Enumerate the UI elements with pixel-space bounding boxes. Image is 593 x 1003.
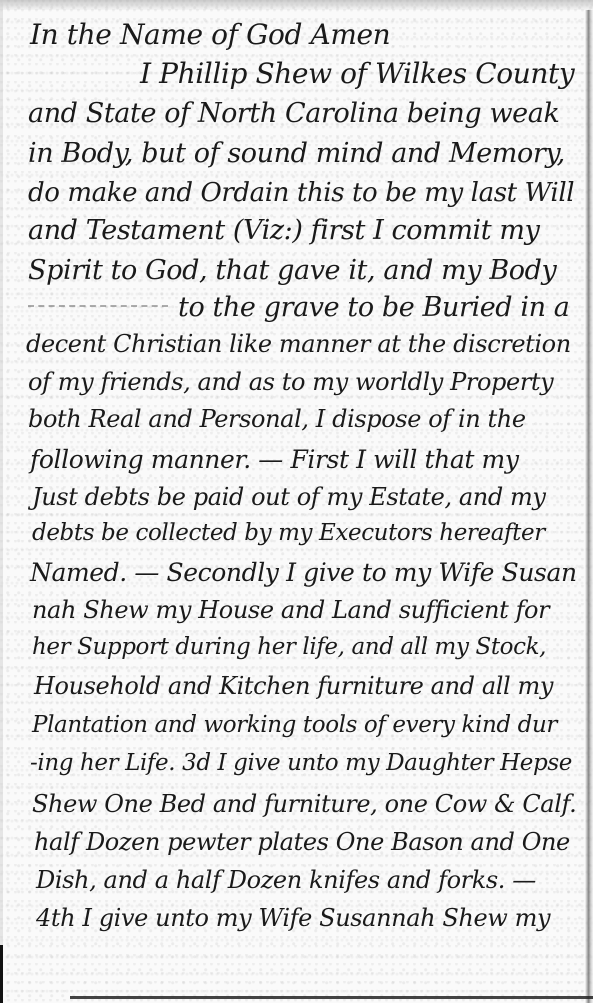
handwritten-text-block-lower — [0, 0, 593, 1003]
